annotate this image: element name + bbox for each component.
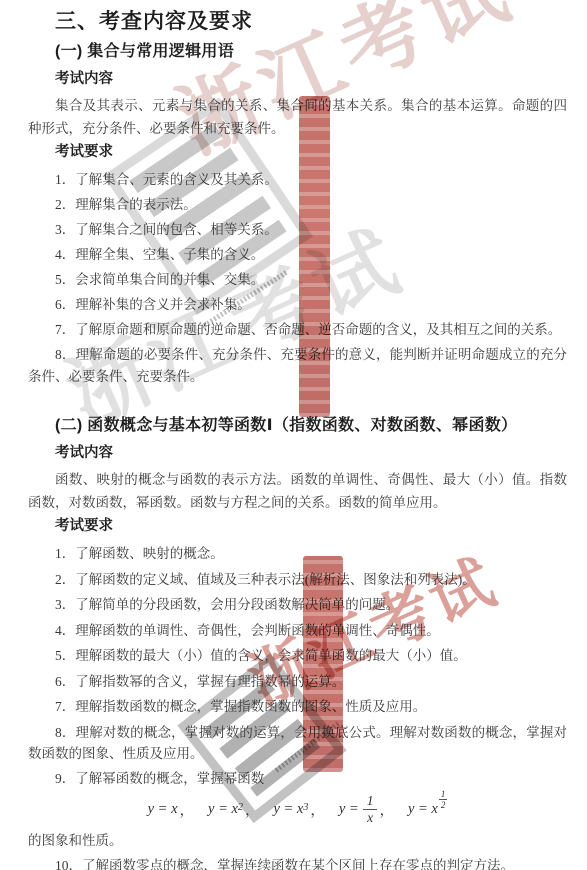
list-item: 3．了解集合之间的包含、相等关系。	[28, 219, 567, 241]
list-item: 8．理解命题的必要条件、充分条件、充要条件的意义，能判断并证明命题成立的充分条件…	[28, 344, 567, 388]
list-item: 6．理解补集的含义并会求补集。	[28, 294, 567, 316]
formula-y-equals-x-squared: y = x2	[208, 801, 243, 818]
formula-separator: ，	[379, 799, 394, 820]
document-page: 浙江考试 浙江考试 浙江考试 三、考查内容及要求 (一) 集合与常用逻辑用语 考…	[0, 0, 587, 870]
formula-y-equals-x-to-one-half: y = x12	[408, 799, 447, 821]
formula-separator: ，	[310, 799, 325, 820]
list-item: 4．理解函数的单调性、奇偶性，会判断函数的单调性、奇偶性。	[28, 620, 567, 641]
list-item: 5．理解函数的最大（小）值的含义，会求简单函数的最大（小）值。	[28, 645, 567, 666]
formula-y-equals-x: y = x	[148, 801, 178, 818]
exam-requirements-label: 考试要求	[55, 515, 567, 537]
formula-y-equals-x-cubed: y = x3	[273, 801, 308, 818]
page-title: 三、考查内容及要求	[55, 9, 567, 35]
list-item: 1．了解集合、元素的含义及其关系。	[28, 169, 567, 191]
requirements-list: 1．了解函数、映射的概念。2．了解函数的定义域、值域及三种表示法(解析法、图象法…	[28, 543, 567, 789]
list-item: 2．了解函数的定义域、值域及三种表示法(解析法、图象法和列表法)。	[28, 569, 567, 590]
document-content: 三、考查内容及要求 (一) 集合与常用逻辑用语 考试内容 集合及其表示、元素与集…	[0, 0, 587, 870]
list-item: 5．会求简单集合间的并集、交集。	[28, 269, 567, 291]
list-item: 10．了解函数零点的概念，掌握连续函数在某个区间上存在零点的判定方法。	[28, 855, 567, 870]
formula-row: y = x ， y = x2 ， y = x3 ， y =1x ， y = x1…	[28, 792, 567, 828]
section-2: (二) 函数概念与基本初等函数Ⅰ（指数函数、对数函数、幂函数） 考试内容 函数、…	[28, 415, 567, 870]
list-item: 4．理解全集、空集、子集的含义。	[28, 244, 567, 266]
formula-y-equals-one-over-x: y =1x	[339, 794, 378, 825]
exam-requirements-label: 考试要求	[55, 141, 567, 163]
list-item: 2．理解集合的表示法。	[28, 194, 567, 216]
section-1-heading: (一) 集合与常用逻辑用语	[55, 41, 567, 63]
requirements-list: 1．了解集合、元素的含义及其关系。2．理解集合的表示法。3．了解集合之间的包含、…	[28, 169, 567, 388]
list-item: 9．了解幂函数的概念，掌握幂函数	[28, 768, 567, 789]
exam-content-label: 考试内容	[55, 442, 567, 464]
list-item: 8．理解对数的概念，掌握对数的运算，会用换底公式。理解对数函数的概念，掌握对数函…	[28, 722, 567, 764]
formula-separator: ，	[180, 799, 195, 820]
list-item: 3．了解简单的分段函数，会用分段函数解决简单的问题。	[28, 594, 567, 615]
formula-tail-text: 的图象和性质。	[28, 831, 567, 851]
content-paragraph: 函数、映射的概念与函数的表示方法。函数的单调性、奇偶性、最大（小）值。指数函数，…	[28, 468, 567, 514]
formula-separator: ，	[245, 799, 260, 820]
section-2-heading: (二) 函数概念与基本初等函数Ⅰ（指数函数、对数函数、幂函数）	[55, 415, 567, 437]
list-item: 7．理解指数函数的概念，掌握指数函数的图象、性质及应用。	[28, 696, 567, 717]
list-item: 6．了解指数幂的含义，掌握有理指数幂的运算。	[28, 671, 567, 692]
section-1: (一) 集合与常用逻辑用语 考试内容 集合及其表示、元素与集合的关系、集合间的基…	[28, 41, 567, 388]
list-item: 7．了解原命题和原命题的逆命题、否命题、逆否命题的含义，及其相互之间的关系。	[28, 319, 567, 341]
list-item: 1．了解函数、映射的概念。	[28, 543, 567, 564]
content-paragraph: 集合及其表示、元素与集合的关系、集合间的基本关系。集合的基本运算。命题的四种形式…	[28, 94, 567, 140]
exam-content-label: 考试内容	[55, 68, 567, 90]
